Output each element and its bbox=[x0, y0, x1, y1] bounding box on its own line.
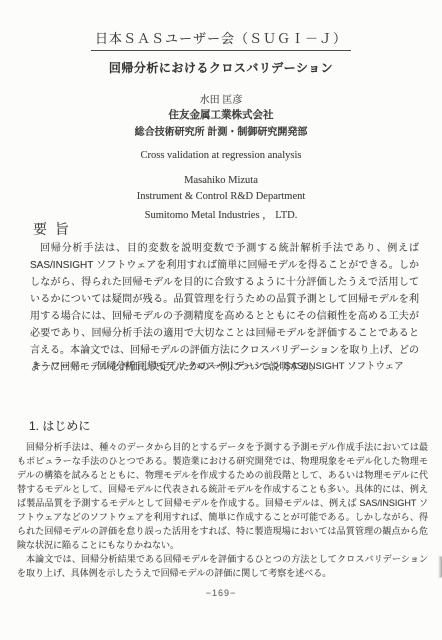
author-name-japanese: 水田 匡彦 bbox=[0, 91, 442, 106]
author-name-english: Masahiko Mizuta bbox=[0, 175, 442, 186]
company-name-japanese: 住友金属工業株式会社 bbox=[0, 107, 442, 122]
scanned-paper-page: 日本ＳＡＳユーザー会（ＳＵＧＩ－Ｊ） 回帰分析におけるクロスバリデーション 水田… bbox=[0, 0, 442, 640]
organization-title: 日本ＳＡＳユーザー会（ＳＵＧＩ－Ｊ） bbox=[0, 28, 442, 51]
page-number: −169− bbox=[0, 588, 442, 598]
keywords-text: 回帰分析 回帰モデル クロスバリデーション SAS/INSIGHT ソフトウェア bbox=[97, 361, 404, 372]
abstract-heading: 要 旨 bbox=[33, 219, 71, 239]
keywords-line: キーワード：回帰分析 回帰モデル クロスバリデーション SAS/INSIGHT … bbox=[32, 358, 427, 372]
paper-title: 回帰分析におけるクロスバリデーション bbox=[0, 59, 442, 76]
abstract-body-text: 回帰分析手法は、目的変数を説明変数で予測する統計解析手法であり、例えば SAS/… bbox=[30, 240, 419, 376]
introduction-paragraph-2: 本論文では、回帰分析結果である回帰モデルを評価するひとつの方法としてクロスバリデ… bbox=[17, 552, 428, 580]
paper-title-english: Cross validation at regression analysis bbox=[0, 150, 442, 161]
introduction-section: 回帰分析手法は、種々のデータから目的とするデータを予測する予測モデル作成手法にお… bbox=[17, 440, 428, 580]
section-1-heading: 1. はじめに bbox=[29, 417, 90, 434]
department-name-japanese: 総合技術研究所 計測・制御研究開発部 bbox=[0, 123, 442, 138]
keywords-label: キーワード： bbox=[32, 361, 89, 372]
department-name-english: Instrument & Control R&D Department bbox=[0, 191, 442, 202]
organization-title-text: 日本ＳＡＳユーザー会（ＳＵＧＩ－Ｊ） bbox=[91, 28, 351, 51]
introduction-paragraph-1: 回帰分析手法は、種々のデータから目的とするデータを予測する予測モデル作成手法にお… bbox=[17, 440, 428, 552]
scan-edge-artifact bbox=[438, 556, 442, 578]
